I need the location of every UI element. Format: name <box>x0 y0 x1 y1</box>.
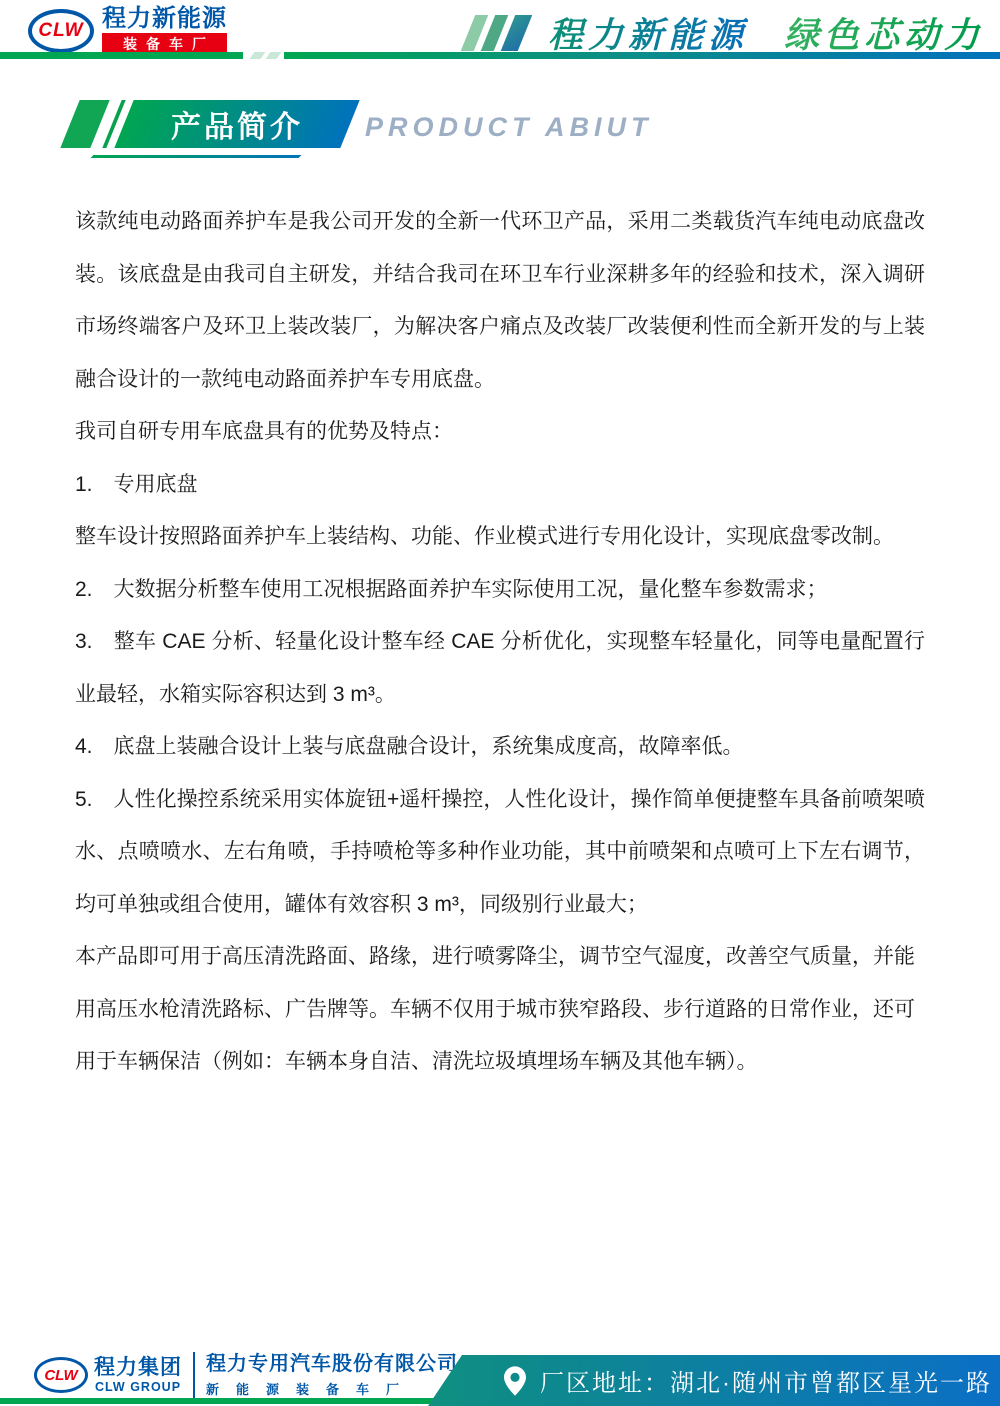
clw-oval-logo-footer: CLW <box>34 1357 88 1393</box>
list-item-2: 2. 大数据分析整车使用工况根据路面养护车实际使用工况，量化整车参数需求； <box>75 564 925 617</box>
paragraph-intro: 该款纯电动路面养护车是我公司开发的全新一代环卫产品，采用二类载货汽车纯电动底盘改… <box>75 196 925 406</box>
list-item-1-detail: 整车设计按照路面养护车上装结构、功能、作业模式进行专用化设计，实现底盘零改制。 <box>75 511 925 564</box>
footer-group-block: 程力集团 CLW GROUP <box>94 1356 182 1393</box>
slogan-part2: 绿色芯动力 <box>784 8 984 58</box>
badge-accent-shape <box>60 100 109 148</box>
list-item-3: 3. 整车 CAE 分析、轻量化设计整车经 CAE 分析优化，实现整车轻量化，同… <box>75 616 925 721</box>
footer-company-name: 程力专用汽车股份有限公司 <box>206 1353 458 1376</box>
list-item-5: 5. 人性化操控系统采用实体旋钮+遥杆操控，人性化设计，操作简单便捷整车具备前喷… <box>75 774 925 932</box>
company-logo: CLW 程力新能源 装备车厂 <box>28 6 227 55</box>
logo-caption: 程力新能源 装备车厂 <box>102 6 227 55</box>
header-slogan: 程力新能源 绿色芯动力 <box>468 12 984 54</box>
list-item-4: 4. 底盘上装融合设计上装与底盘融合设计，系统集成度高，故障率低。 <box>75 721 925 774</box>
product-description: 该款纯电动路面养护车是我公司开发的全新一代环卫产品，采用二类载货汽车纯电动底盘改… <box>75 196 925 1089</box>
section-title: 产品简介 <box>124 100 350 148</box>
footer-divider <box>193 1352 195 1398</box>
slogan-part1: 程力新能源 <box>548 8 748 58</box>
location-pin-icon <box>504 1366 526 1396</box>
footer-green-line <box>0 1398 452 1404</box>
footer-company-logo: CLW 程力集团 CLW GROUP 程力专用汽车股份有限公司 新能源装备车厂 <box>34 1352 458 1398</box>
footer-factory-name: 新能源装备车厂 <box>206 1379 458 1398</box>
list-item-1: 1. 专用底盘 <box>75 459 925 512</box>
footer-group-en: CLW GROUP <box>94 1380 182 1394</box>
factory-address: 厂区地址：湖北·随州市曾都区星光一路 <box>540 1363 992 1398</box>
divider-slash-mark <box>266 52 282 59</box>
paragraph-lead: 我司自研专用车底盘具有的优势及特点： <box>75 406 925 459</box>
header-divider-left <box>0 52 243 59</box>
clw-logo-text-footer: CLW <box>44 1367 77 1384</box>
header-divider-right <box>284 52 1000 59</box>
section-badge: 产品简介 <box>66 100 366 162</box>
address-bar: 厂区地址：湖北·随州市曾都区星光一路 <box>428 1355 1000 1406</box>
brochure-page: CLW 程力新能源 装备车厂 程力新能源 绿色芯动力 产品简介 PRODUCT … <box>0 0 1000 1406</box>
divider-slash-mark <box>250 52 266 59</box>
clw-logo-text: CLW <box>38 20 83 42</box>
badge-underline <box>91 155 302 158</box>
footer-group-cn: 程力集团 <box>94 1356 182 1379</box>
logo-caption-line1: 程力新能源 <box>102 6 227 31</box>
section-subtitle: PRODUCT ABIUT <box>365 112 653 143</box>
clw-oval-logo: CLW <box>28 9 94 53</box>
paragraph-usage: 本产品即可用于高压清洗路面、路缘，进行喷雾降尘，调节空气湿度，改善空气质量，并能… <box>75 931 925 1089</box>
footer-company-block: 程力专用汽车股份有限公司 新能源装备车厂 <box>206 1353 458 1398</box>
